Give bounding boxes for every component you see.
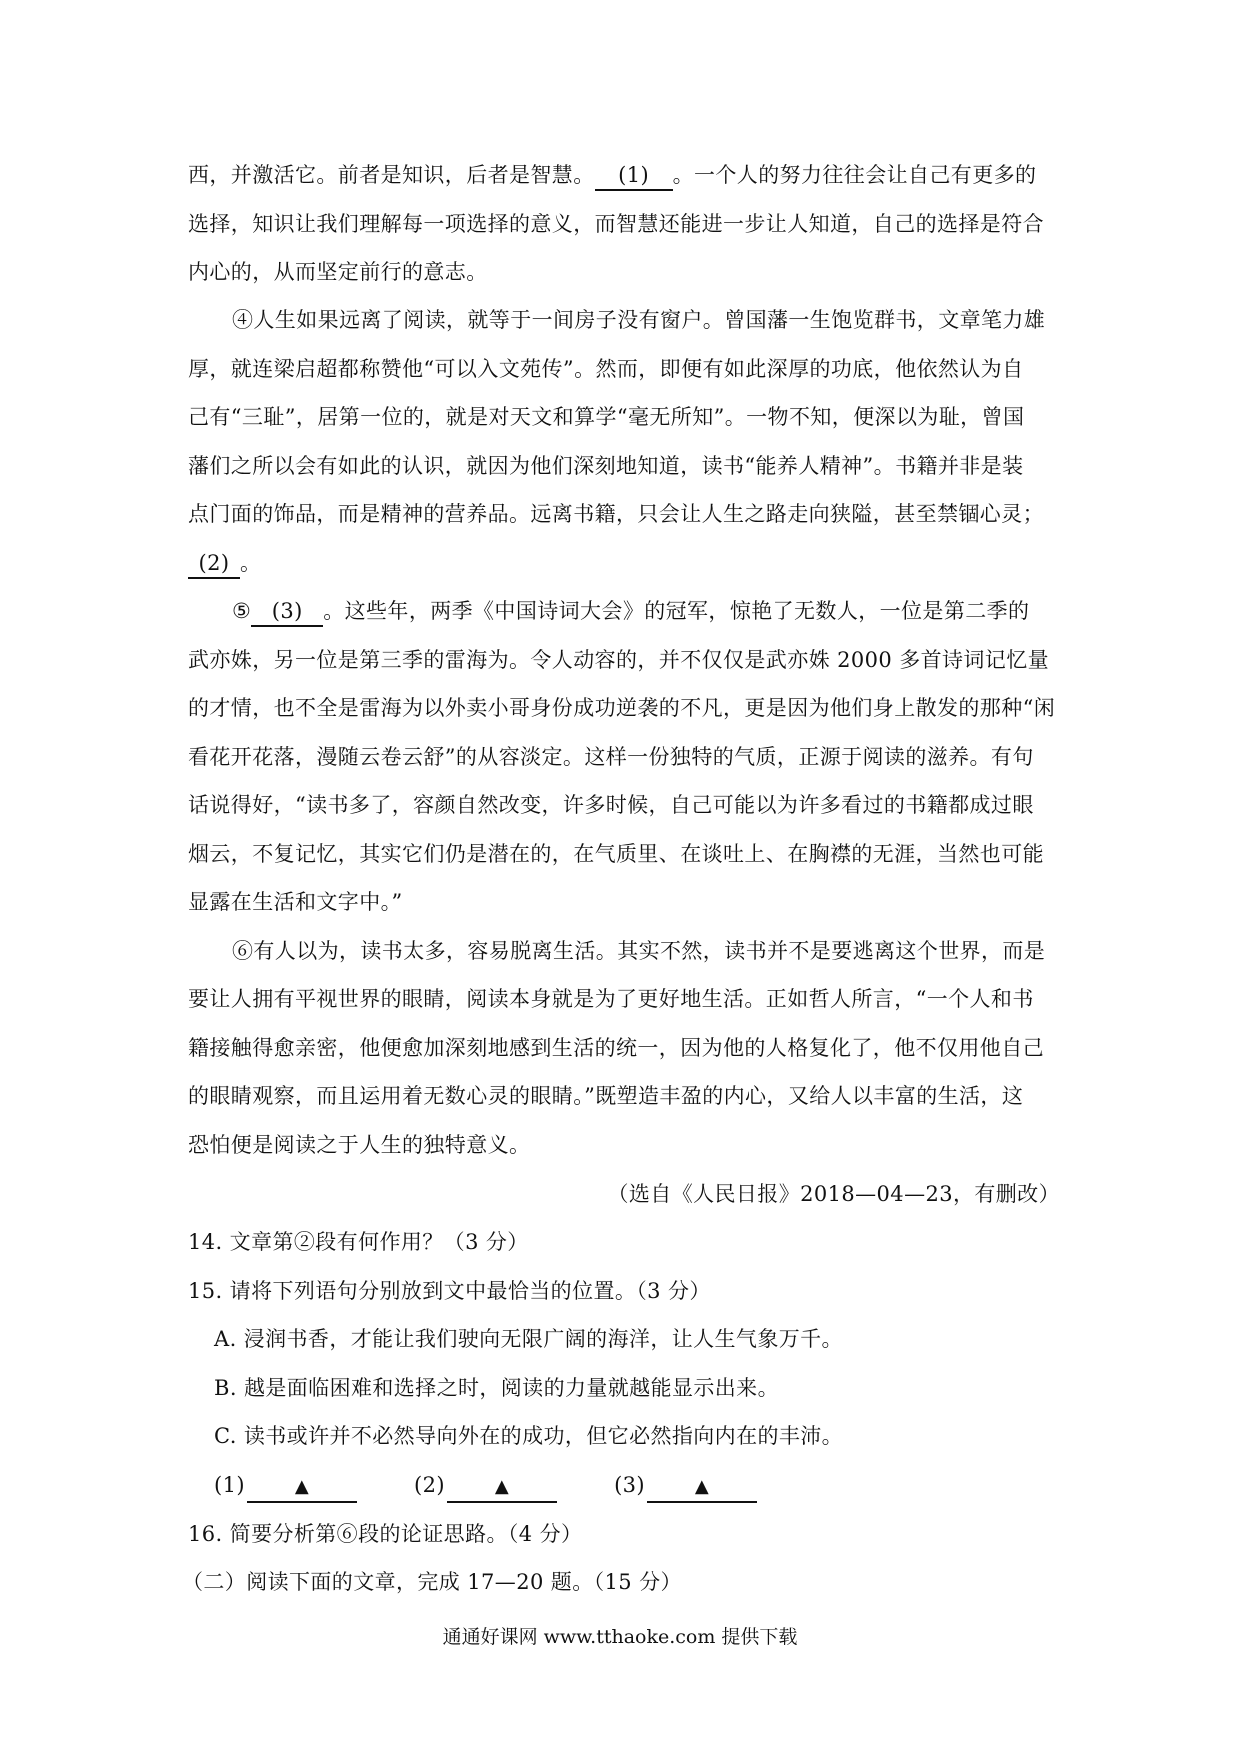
- paragraph-5-line: ⑤(3)。这些年，两季《中国诗词大会》的冠军，惊艳了无数人，一位是第二季的: [232, 597, 1108, 627]
- paragraph-4-line: (2)。: [188, 549, 1064, 579]
- option-c: C. 读书或许并不必然导向外在的成功，但它必然指向内在的丰沛。: [214, 1422, 1090, 1450]
- passage-line: 选择，知识让我们理解每一项选择的意义，而智慧还能进一步让人知道，自己的选择是符合: [188, 210, 1064, 238]
- paragraph-5-line: 看花开花落，漫随云卷云舒”的从容淡定。这样一份独特的气质，正源于阅读的滋养。有句: [188, 743, 1064, 771]
- paragraph-6-line: 要让人拥有平视世界的眼睛，阅读本身就是为了更好地生活。正如哲人所言，“一个人和书: [188, 985, 1064, 1013]
- question-14: 14. 文章第②段有何作用？（3 分）: [188, 1228, 1064, 1256]
- paragraph-number: ⑤: [232, 599, 251, 623]
- source-citation: （选自《人民日报》2018—04—23，有删改）: [608, 1180, 1061, 1208]
- question-16: 16. 简要分析第⑥段的论证思路。（4 分）: [188, 1520, 1064, 1548]
- paragraph-4-line: 藩们之所以会有如此的认识，就因为他们深刻地知道，读书“能养人精神”。书籍并非是装: [188, 452, 1064, 480]
- fill-blank-3: (3): [251, 597, 323, 627]
- triangle-icon: ▲: [295, 1476, 309, 1497]
- triangle-icon: ▲: [695, 1476, 709, 1497]
- paragraph-5-line: 话说得好，“读书多了，容颜自然改变，许多时候，自己可能以为许多看过的书籍都成过眼: [188, 791, 1064, 819]
- paragraph-4-line: 厚，就连梁启超都称赞他“可以入文苑传”。然而，即便有如此深厚的功底，他依然认为自: [188, 355, 1064, 383]
- answer-label-2: (2): [414, 1473, 445, 1497]
- paragraph-5-line: 显露在生活和文字中。”: [188, 888, 1064, 916]
- text: 。一个人的努力往往会让自己有更多的: [673, 163, 1037, 187]
- paragraph-4-line: 点门面的饰品，而是精神的营养品。远离书籍，只会让人生之路走向狭隘，甚至禁锢心灵；: [188, 500, 1064, 528]
- fill-blank-2: (2): [188, 549, 240, 579]
- fill-blank-1: (1): [595, 161, 673, 191]
- text: 。: [240, 551, 261, 575]
- text: 西，并激活它。前者是知识，后者是智慧。: [188, 163, 595, 187]
- paragraph-4-line: 己有“三耻”，居第一位的，就是对天文和算学“毫无所知”。一物不知，便深以为耻，曾…: [188, 403, 1064, 431]
- question-15: 15. 请将下列语句分别放到文中最恰当的位置。（3 分）: [188, 1277, 1064, 1305]
- section-2-heading: （二）阅读下面的文章，完成 17—20 题。（15 分）: [182, 1568, 1058, 1596]
- triangle-icon: ▲: [495, 1476, 509, 1497]
- answer-label-3: (3): [614, 1473, 645, 1497]
- paragraph-5-line: 烟云，不复记忆，其实它们仍是潜在的，在气质里、在谈吐上、在胸襟的无涯，当然也可能: [188, 840, 1064, 868]
- passage-line: 内心的，从而坚定前行的意志。: [188, 258, 1064, 286]
- text: 。这些年，两季《中国诗词大会》的冠军，惊艳了无数人，一位是第二季的: [323, 599, 1029, 623]
- answer-blank-3[interactable]: ▲: [647, 1473, 757, 1503]
- answer-blank-2[interactable]: ▲: [447, 1473, 557, 1503]
- passage-line: 西，并激活它。前者是知识，后者是智慧。(1)。一个人的努力往往会让自己有更多的: [188, 161, 1064, 191]
- paragraph-4-line: ④人生如果远离了阅读，就等于一间房子没有窗户。曾国藩一生饱览群书，文章笔力雄: [232, 306, 1108, 334]
- paragraph-6-line: 恐怕便是阅读之于人生的独特意义。: [188, 1131, 1064, 1159]
- paragraph-6-line: 的眼睛观察，而且运用着无数心灵的眼睛。”既塑造丰盈的内心，又给人以丰富的生活，这: [188, 1082, 1064, 1110]
- answer-blanks: (1)▲ (2)▲ (3)▲: [214, 1471, 1090, 1503]
- paragraph-5-line: 的才情，也不全是雷海为以外卖小哥身份成功逆袭的不凡，更是因为他们身上散发的那种“…: [188, 694, 1064, 722]
- footer-watermark: 通通好课网 www.tthaoke.com 提供下载: [0, 1624, 1240, 1650]
- paragraph-6-line: 籍接触得愈亲密，他便愈加深刻地感到生活的统一，因为他的人格复化了，他不仅用他自己: [188, 1034, 1064, 1062]
- option-a: A. 浸润书香，才能让我们驶向无限广阔的海洋，让人生气象万千。: [214, 1325, 1090, 1353]
- option-b: B. 越是面临困难和选择之时，阅读的力量就越能显示出来。: [214, 1374, 1090, 1402]
- answer-blank-1[interactable]: ▲: [247, 1473, 357, 1503]
- paragraph-6-line: ⑥有人以为，读书太多，容易脱离生活。其实不然，读书并不是要逃离这个世界，而是: [232, 937, 1108, 965]
- answer-label-1: (1): [214, 1473, 245, 1497]
- paragraph-5-line: 武亦姝，另一位是第三季的雷海为。令人动容的，并不仅仅是武亦姝 2000 多首诗词…: [188, 646, 1064, 674]
